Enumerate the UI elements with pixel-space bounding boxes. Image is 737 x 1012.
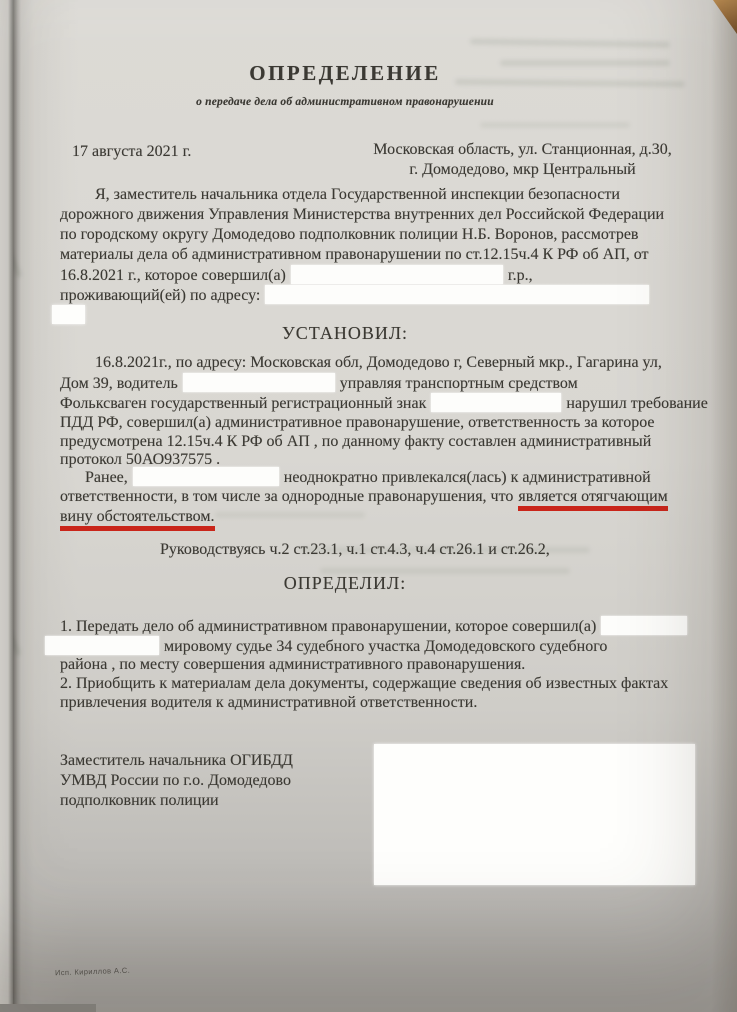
heading-opredelil: ОПРЕДЕЛИЛ: <box>0 574 690 593</box>
redaction-box-name3 <box>601 616 687 635</box>
prior-line-3: вину обстоятельством. <box>60 507 215 526</box>
facts-line-2: Дом 39, водительуправляя транспортным ср… <box>60 373 578 393</box>
redaction-box-name4 <box>45 636 159 655</box>
address-line-2: г. Домодедово, мкр Центральный <box>355 160 690 179</box>
address-text-2: г. Домодедово, мкр Центральный <box>409 161 635 178</box>
date-line: 17 августа 2021 г. <box>72 142 191 161</box>
text-segment: Руководствуясь ч.2 ст.23.1, ч.1 ст.4.3, … <box>160 541 550 558</box>
text-segment: мировому судье 34 судебного участка Домо… <box>164 638 607 655</box>
red-underlined-text: вину обстоятельством. <box>60 508 215 531</box>
document-title: ОПРЕДЕЛЕНИЕ <box>0 64 690 83</box>
subtitle-text: о передаче дела об административном прав… <box>196 96 494 108</box>
text-segment: материалы дела об административном право… <box>60 246 648 263</box>
text-segment: управляя транспортным средством <box>340 375 578 392</box>
text-segment: неоднократно привлекался(лась) к админис… <box>284 469 651 486</box>
prior-line-1: Ранее,неоднократно привлекался(лась) к а… <box>85 467 651 487</box>
executor-text: Исп. Кириллов А.С. <box>55 966 130 978</box>
facts-line-3: Фольксваген государственный регистрацион… <box>60 393 708 413</box>
intro-line-2: дорожного движения Управления Министерст… <box>60 205 664 224</box>
text-segment: района , по месту совершения администрат… <box>60 656 525 673</box>
facts-line-4: ПДД РФ, совершил(а) административное пра… <box>60 413 655 432</box>
text-segment: подполковник полиции <box>60 792 219 809</box>
prior-line-2: ответственности, в том числе за однородн… <box>60 487 668 506</box>
text-segment: Фольксваген государственный регистрацион… <box>60 395 426 412</box>
text-segment: 2. Приобщить к материалам дела документы… <box>60 675 668 692</box>
order-line-2: мировому судье 34 судебного участка Домо… <box>45 636 607 656</box>
text-segment: по городскому округу Домодедово подполко… <box>60 226 638 243</box>
text-segment: предусмотрена 12.15ч.4 К РФ об АП , по д… <box>60 433 651 450</box>
text-segment: протокол 50АО937575 . <box>60 451 220 468</box>
order-line-4: 2. Приобщить к материалам дела документы… <box>60 674 668 693</box>
signature-line-3: подполковник полиции <box>60 791 219 810</box>
title-text: ОПРЕДЕЛЕНИЕ <box>249 61 441 85</box>
intro-line-3: по городскому округу Домодедово подполко… <box>60 225 638 244</box>
address-line-1: Московская область, ул. Станционная, д.3… <box>355 140 690 159</box>
text-segment: г.р., <box>508 267 533 284</box>
heading-text: ОПРЕДЕЛИЛ: <box>284 573 406 593</box>
text-segment: проживающий(ей) по адресу: <box>60 287 260 304</box>
text-segment: УМВД России по г.о. Домодедово <box>60 772 291 789</box>
bottom-edge-shadow <box>0 1004 96 1012</box>
redaction-box-driver <box>183 373 335 392</box>
redaction-box-plate <box>431 393 561 412</box>
text-segment: 16.8.2021г., по адресу: Московская обл, … <box>95 354 662 371</box>
ruling-basis-line: Руководствуясь ч.2 ст.23.1, ч.1 ст.4.3, … <box>160 540 550 559</box>
text-segment: 16.8.2021 г., которое совершил(а) <box>60 267 286 284</box>
redaction-box-name2 <box>133 467 279 486</box>
text-segment: привлечения водителя к административной … <box>60 694 477 711</box>
address-text-1: Московская область, ул. Станционная, д.3… <box>373 141 672 158</box>
redaction-box-name <box>291 265 503 284</box>
photo-background: ОПРЕДЕЛЕНИЕ о передаче дела об администр… <box>0 0 737 1012</box>
text-segment: нарушил требование <box>566 395 707 412</box>
text-segment: Дом 39, водитель <box>60 375 178 392</box>
page-edge-shadow <box>8 0 21 1012</box>
order-line-5: привлечения водителя к административной … <box>60 693 477 712</box>
redaction-box-signature <box>374 744 695 885</box>
heading-ustanovil: УСТАНОВИЛ: <box>0 324 690 343</box>
order-line-1: 1. Передать дело об административном пра… <box>60 616 692 636</box>
signature-line-1: Заместитель начальника ОГИБДД <box>60 751 293 770</box>
signature-line-2: УМВД России по г.о. Домодедово <box>60 771 291 790</box>
text-segment: ответственности, в том числе за однородн… <box>60 488 513 505</box>
text-segment: 1. Передать дело об административном пра… <box>60 618 596 635</box>
text-segment: Ранее, <box>85 469 128 486</box>
facts-line-1: 16.8.2021г., по адресу: Московская обл, … <box>95 353 662 372</box>
intro-line-6: проживающий(ей) по адресу: <box>60 285 654 305</box>
date-text: 17 августа 2021 г. <box>72 143 191 160</box>
order-line-3: района , по месту совершения администрат… <box>60 655 525 674</box>
text-segment: дорожного движения Управления Министерст… <box>60 206 664 223</box>
redaction-box-small <box>52 305 85 324</box>
text-segment: Заместитель начальника ОГИБДД <box>60 752 293 769</box>
intro-line-1: Я, заместитель начальника отдела Государ… <box>95 185 620 204</box>
document-subtitle: о передаче дела об административном прав… <box>0 93 690 112</box>
document-page: ОПРЕДЕЛЕНИЕ о передаче дела об администр… <box>0 0 737 1012</box>
red-underlined-text: является отягчающим <box>518 488 667 511</box>
heading-text: УСТАНОВИЛ: <box>282 323 408 343</box>
text-segment: ПДД РФ, совершил(а) административное пра… <box>60 414 655 431</box>
intro-line-4: материалы дела об административном право… <box>60 245 648 264</box>
redaction-box-address <box>265 285 649 304</box>
executor-note: Исп. Кириллов А.С. <box>55 966 130 978</box>
text-segment: Я, заместитель начальника отдела Государ… <box>95 186 620 203</box>
facts-line-5: предусмотрена 12.15ч.4 К РФ об АП , по д… <box>60 432 651 451</box>
intro-line-5: 16.8.2021 г., которое совершил(а)г.р., <box>60 265 533 285</box>
